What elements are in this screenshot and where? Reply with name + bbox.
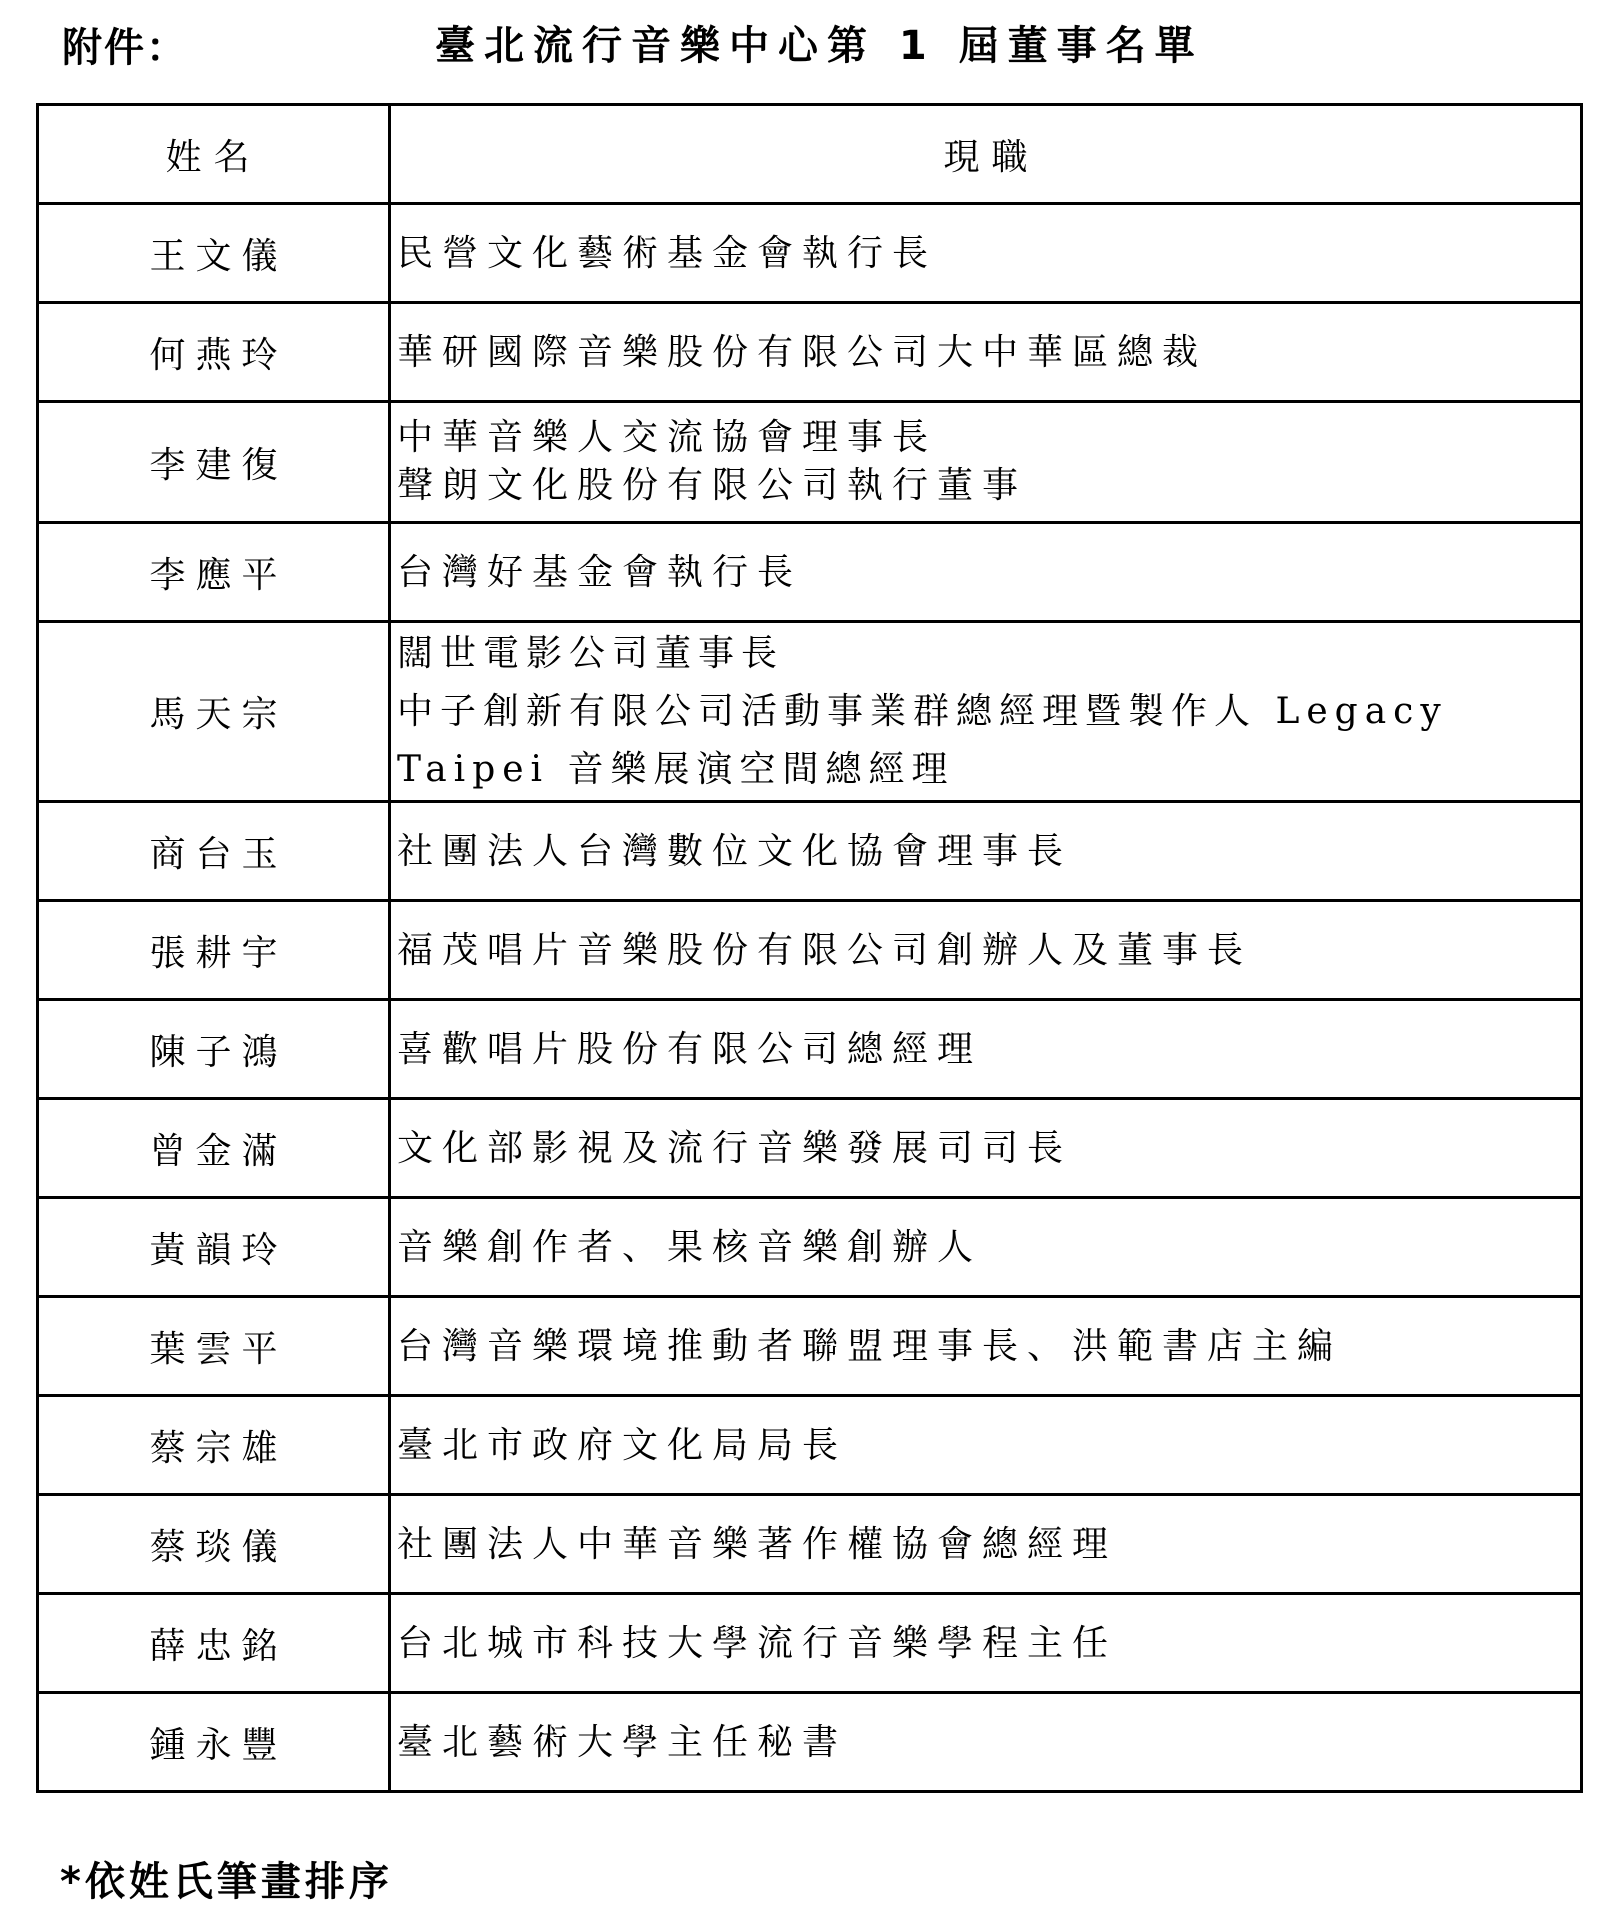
member-name: 鍾永豐 — [38, 1693, 390, 1792]
role-line: 中華音樂人交流協會理事長 — [397, 414, 1580, 462]
role-line: 臺北市政府文化局局長 — [397, 1416, 1580, 1475]
table-row: 黃韻玲 音樂創作者、果核音樂創辦人 — [38, 1198, 1582, 1297]
table-row: 薛忠銘 台北城市科技大學流行音樂學程主任 — [38, 1594, 1582, 1693]
table-row: 李建復 中華音樂人交流協會理事長 聲朗文化股份有限公司執行董事 — [38, 402, 1582, 523]
table-row: 李應平 台灣好基金會執行長 — [38, 523, 1582, 622]
member-role: 社團法人台灣數位文化協會理事長 — [390, 802, 1582, 901]
table-row: 馬天宗 闊世電影公司董事長 中子創新有限公司活動事業群總經理暨製作人 Legac… — [38, 622, 1582, 802]
member-role: 喜歡唱片股份有限公司總經理 — [390, 1000, 1582, 1099]
attachment-label: 附件： — [62, 22, 188, 74]
role-line: 台灣好基金會執行長 — [397, 543, 1580, 602]
table-row: 鍾永豐 臺北藝術大學主任秘書 — [38, 1693, 1582, 1792]
member-role: 臺北市政府文化局局長 — [390, 1396, 1582, 1495]
member-role: 闊世電影公司董事長 中子創新有限公司活動事業群總經理暨製作人 Legacy Ta… — [390, 622, 1582, 802]
document-title: 臺北流行音樂中心第 1 屆董事名單 — [435, 20, 1135, 72]
member-role: 台灣音樂環境推動者聯盟理事長、洪範書店主編 — [390, 1297, 1582, 1396]
role-line: 台北城市科技大學流行音樂學程主任 — [397, 1614, 1580, 1673]
member-role: 華研國際音樂股份有限公司大中華區總裁 — [390, 303, 1582, 402]
table-row: 何燕玲 華研國際音樂股份有限公司大中華區總裁 — [38, 303, 1582, 402]
member-name: 曾金滿 — [38, 1099, 390, 1198]
role-line: 台灣音樂環境推動者聯盟理事長、洪範書店主編 — [397, 1317, 1580, 1376]
member-role: 社團法人中華音樂著作權協會總經理 — [390, 1495, 1582, 1594]
member-name: 李建復 — [38, 402, 390, 523]
column-header-name: 姓名 — [38, 105, 390, 204]
member-name: 蔡宗雄 — [38, 1396, 390, 1495]
table-row: 蔡宗雄 臺北市政府文化局局長 — [38, 1396, 1582, 1495]
table-row: 曾金滿 文化部影視及流行音樂發展司司長 — [38, 1099, 1582, 1198]
member-name: 李應平 — [38, 523, 390, 622]
role-line: 中子創新有限公司活動事業群總經理暨製作人 Legacy — [397, 683, 1580, 741]
table-header-row: 姓名 現職 — [38, 105, 1582, 204]
member-name: 張耕宇 — [38, 901, 390, 1000]
table-row: 王文儀 民營文化藝術基金會執行長 — [38, 204, 1582, 303]
table-row: 商台玉 社團法人台灣數位文化協會理事長 — [38, 802, 1582, 901]
role-line: 音樂創作者、果核音樂創辦人 — [397, 1218, 1580, 1277]
member-role: 文化部影視及流行音樂發展司司長 — [390, 1099, 1582, 1198]
role-line: 臺北藝術大學主任秘書 — [397, 1713, 1580, 1772]
role-line: 社團法人台灣數位文化協會理事長 — [397, 822, 1580, 881]
member-role: 台北城市科技大學流行音樂學程主任 — [390, 1594, 1582, 1693]
member-name: 黃韻玲 — [38, 1198, 390, 1297]
member-name: 何燕玲 — [38, 303, 390, 402]
member-role: 中華音樂人交流協會理事長 聲朗文化股份有限公司執行董事 — [390, 402, 1582, 523]
member-role: 台灣好基金會執行長 — [390, 523, 1582, 622]
member-role: 福茂唱片音樂股份有限公司創辦人及董事長 — [390, 901, 1582, 1000]
table-row: 蔡琰儀 社團法人中華音樂著作權協會總經理 — [38, 1495, 1582, 1594]
role-line: 社團法人中華音樂著作權協會總經理 — [397, 1515, 1580, 1574]
member-name: 蔡琰儀 — [38, 1495, 390, 1594]
table-row: 葉雲平 台灣音樂環境推動者聯盟理事長、洪範書店主編 — [38, 1297, 1582, 1396]
member-name: 馬天宗 — [38, 622, 390, 802]
table-row: 張耕宇 福茂唱片音樂股份有限公司創辦人及董事長 — [38, 901, 1582, 1000]
role-line: 華研國際音樂股份有限公司大中華區總裁 — [397, 323, 1580, 382]
role-line: 聲朗文化股份有限公司執行董事 — [397, 462, 1580, 510]
board-members-table: 姓名 現職 王文儀 民營文化藝術基金會執行長 何燕玲 華研國際音樂股份有限公司大… — [36, 103, 1583, 1793]
role-line: 文化部影視及流行音樂發展司司長 — [397, 1119, 1580, 1178]
member-name: 陳子鴻 — [38, 1000, 390, 1099]
role-line: 民營文化藝術基金會執行長 — [397, 224, 1580, 283]
role-line: 喜歡唱片股份有限公司總經理 — [397, 1020, 1580, 1079]
role-line: Taipei 音樂展演空間總經理 — [397, 741, 1580, 799]
sort-order-footnote: *依姓氏筆畫排序 — [60, 1856, 393, 1908]
member-role: 音樂創作者、果核音樂創辦人 — [390, 1198, 1582, 1297]
member-name: 薛忠銘 — [38, 1594, 390, 1693]
role-line: 闊世電影公司董事長 — [397, 625, 1580, 683]
member-role: 民營文化藝術基金會執行長 — [390, 204, 1582, 303]
role-line: 福茂唱片音樂股份有限公司創辦人及董事長 — [397, 921, 1580, 980]
member-role: 臺北藝術大學主任秘書 — [390, 1693, 1582, 1792]
table-row: 陳子鴻 喜歡唱片股份有限公司總經理 — [38, 1000, 1582, 1099]
member-name: 葉雲平 — [38, 1297, 390, 1396]
member-name: 王文儀 — [38, 204, 390, 303]
column-header-role: 現職 — [390, 105, 1582, 204]
member-name: 商台玉 — [38, 802, 390, 901]
